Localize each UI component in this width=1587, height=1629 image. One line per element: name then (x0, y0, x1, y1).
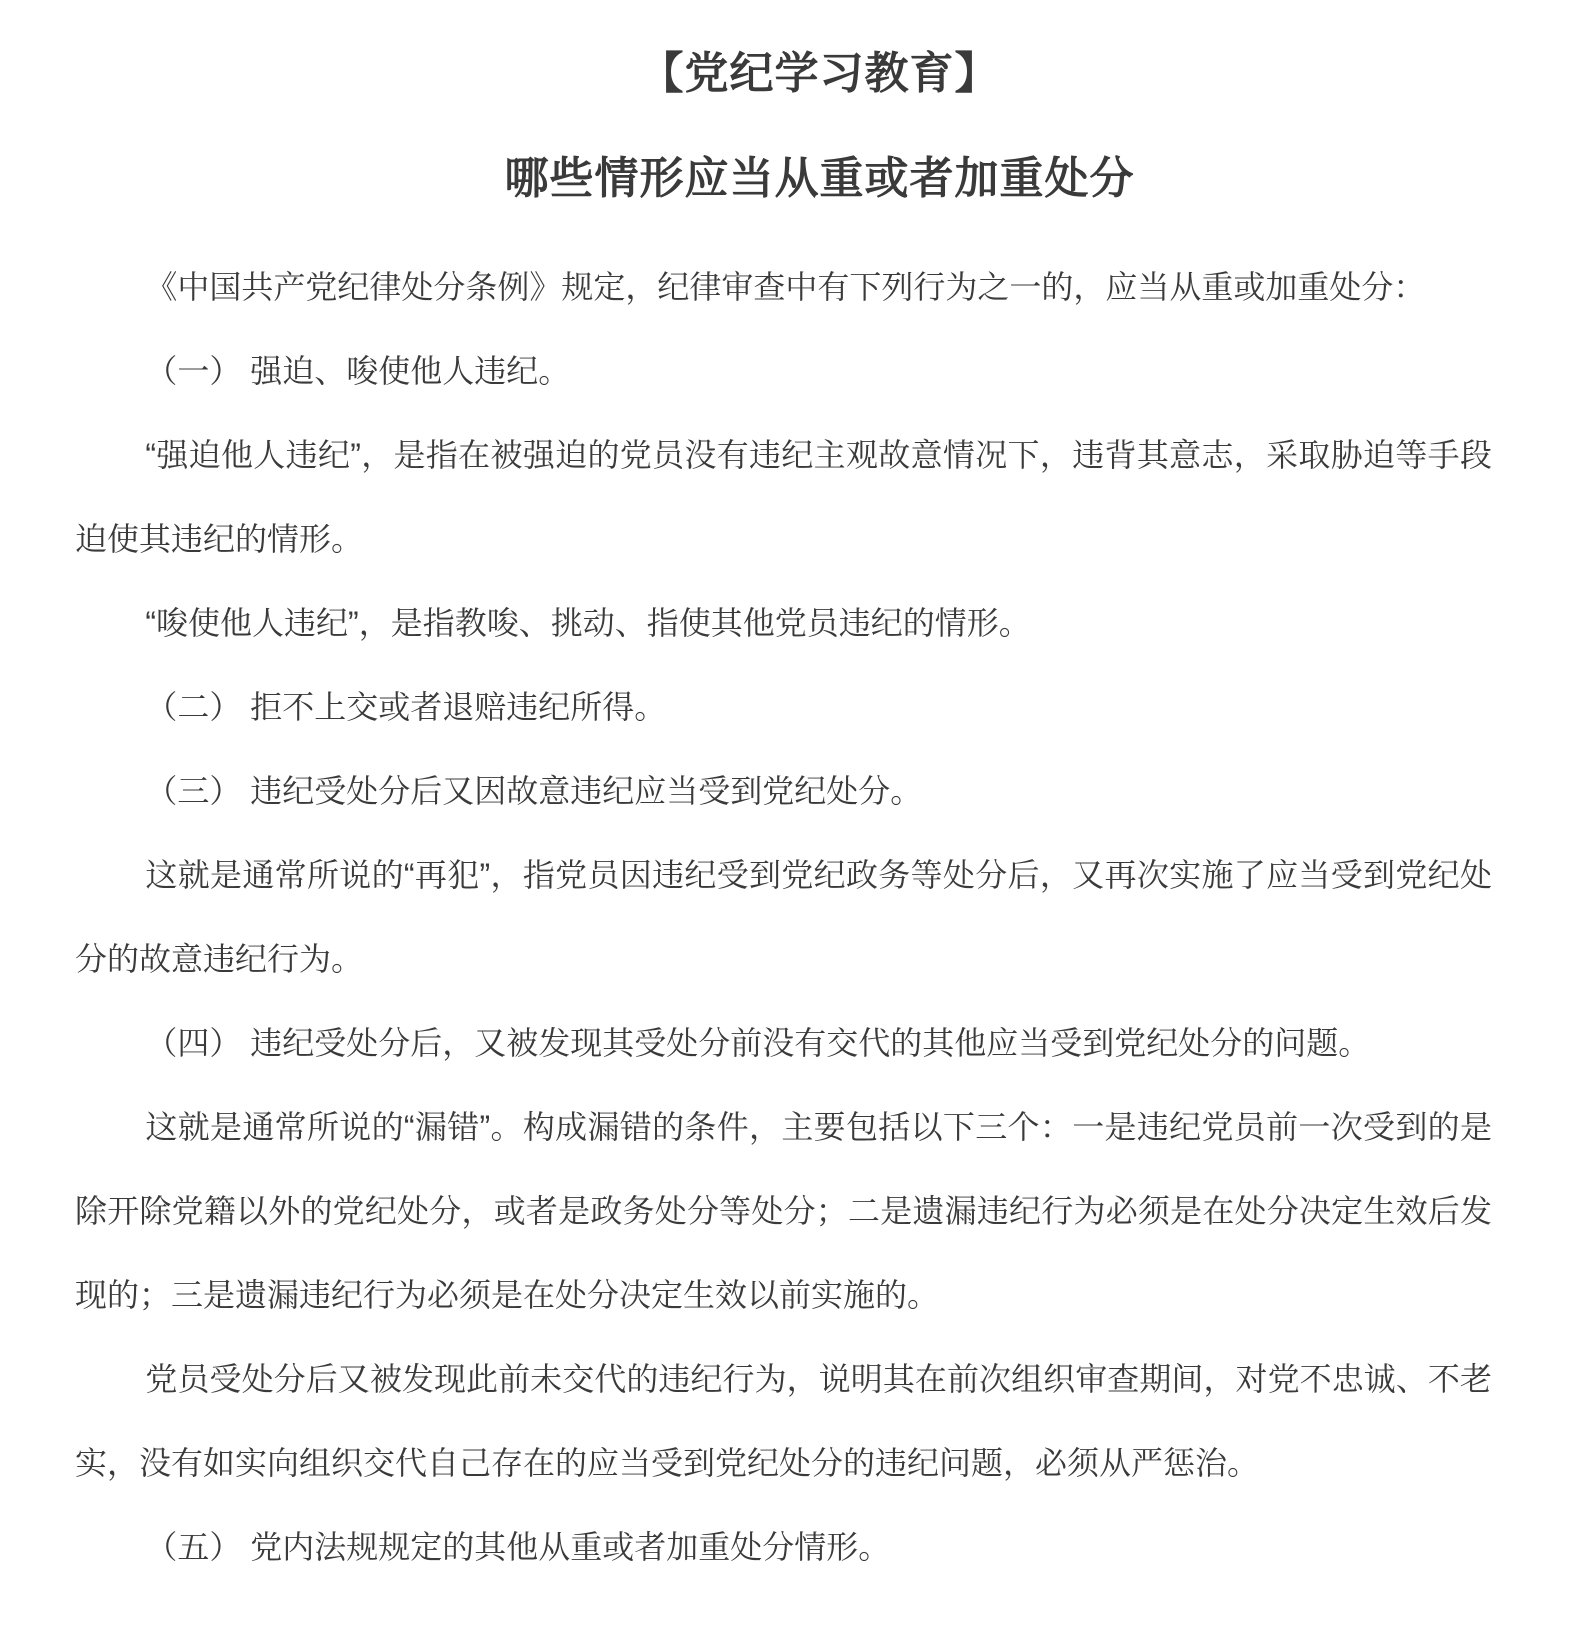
paragraph: 这就是通常所说的“漏错”。构成漏错的条件，主要包括以下三个：一是违纪党员前一次受… (75, 1085, 1492, 1337)
document-subtitle: 哪些情形应当从重或者加重处分 (75, 149, 1492, 208)
paragraph: （一） 强迫、唆使他人违纪。 (75, 329, 1492, 413)
document-body: 《中国共产党纪律处分条例》规定，纪律审查中有下列行为之一的，应当从重或加重处分：… (75, 245, 1492, 1589)
paragraph: （三） 违纪受处分后又因故意违纪应当受到党纪处分。 (75, 749, 1492, 833)
paragraph: （四） 违纪受处分后，又被发现其受处分前没有交代的其他应当受到党纪处分的问题。 (75, 1001, 1492, 1085)
paragraph: 《中国共产党纪律处分条例》规定，纪律审查中有下列行为之一的，应当从重或加重处分： (75, 245, 1492, 329)
paragraph: “强迫他人违纪”，是指在被强迫的党员没有违纪主观故意情况下，违背其意志，采取胁迫… (75, 413, 1492, 581)
paragraph: （二） 拒不上交或者退赔违纪所得。 (75, 665, 1492, 749)
paragraph: 这就是通常所说的“再犯”，指党员因违纪受到党纪政务等处分后，又再次实施了应当受到… (75, 833, 1492, 1001)
paragraph: “唆使他人违纪”，是指教唆、挑动、指使其他党员违纪的情形。 (75, 581, 1492, 665)
document-page: 【党纪学习教育】 哪些情形应当从重或者加重处分 《中国共产党纪律处分条例》规定，… (0, 0, 1587, 1629)
paragraph: 党员受处分后又被发现此前未交代的违纪行为，说明其在前次组织审查期间，对党不忠诚、… (75, 1337, 1492, 1505)
document-title: 【党纪学习教育】 (75, 44, 1492, 103)
paragraph: （五） 党内法规规定的其他从重或者加重处分情形。 (75, 1505, 1492, 1589)
